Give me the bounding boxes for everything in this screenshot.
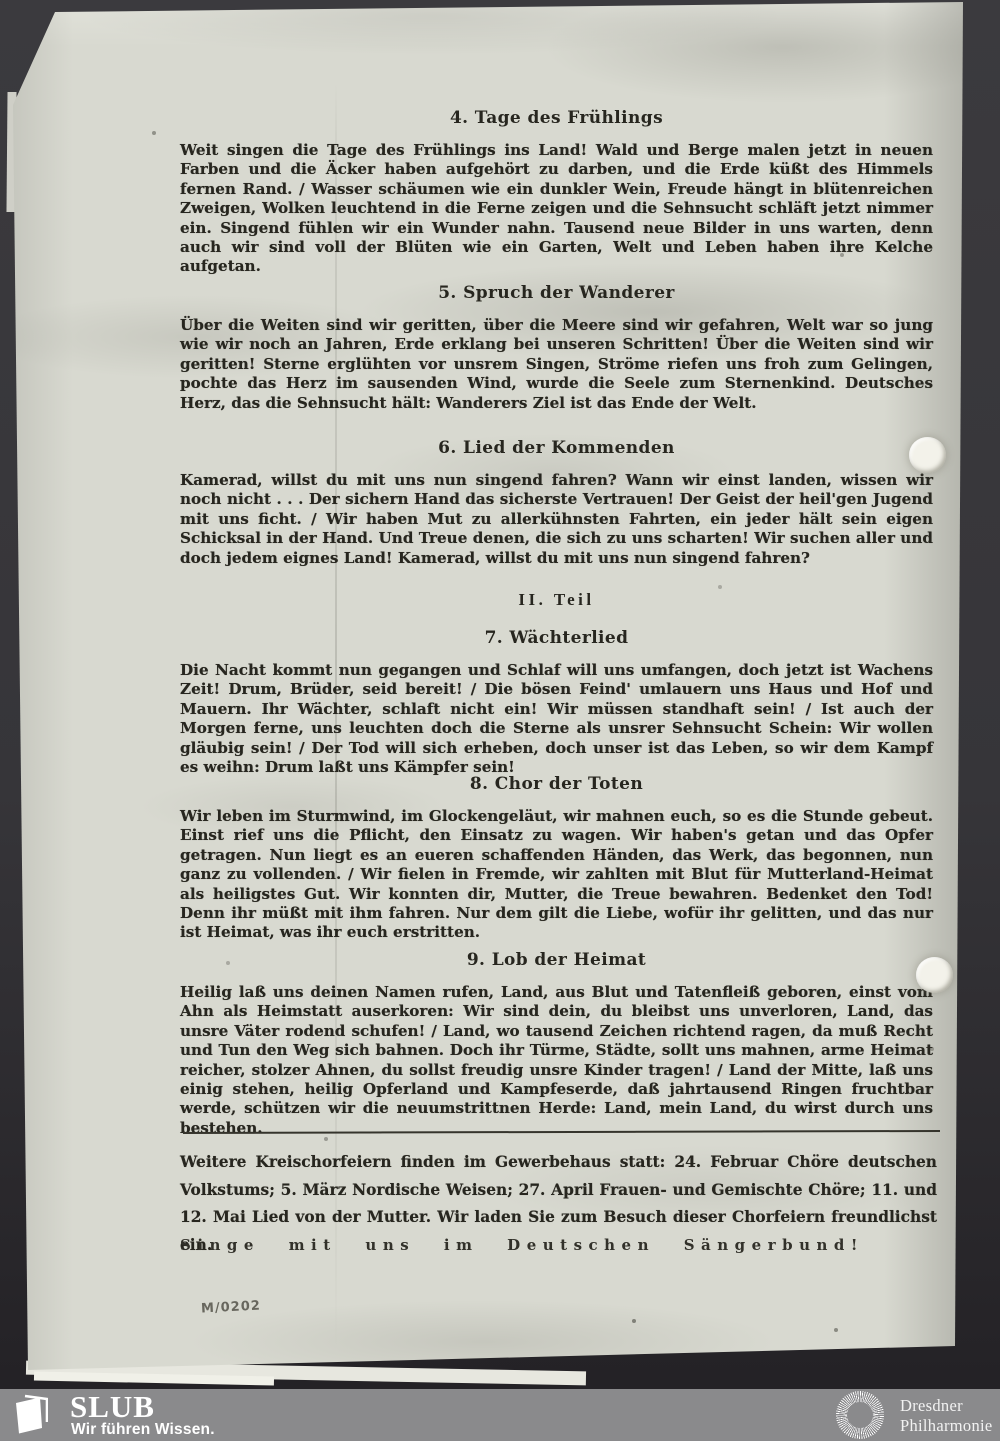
partner-name-line1: Dresdner xyxy=(900,1396,963,1415)
page-scan[interactable]: 4. Tage des Frühlings Weit singen die Ta… xyxy=(13,2,964,1374)
part-heading: II. Teil xyxy=(180,590,933,610)
song-section-4: 4. Tage des Frühlings Weit singen die Ta… xyxy=(180,108,933,277)
song-section-5: 5. Spruch der Wanderer Über die Weiten s… xyxy=(180,283,933,413)
viewer-footer: SLUB Wir führen Wissen. Dresdner Philhar… xyxy=(0,1389,1000,1441)
slub-logo-link[interactable]: SLUB Wir führen Wissen. xyxy=(14,1392,274,1440)
slub-wordmark: SLUB xyxy=(70,1391,155,1422)
section-heading: 7. Wächterlied xyxy=(180,628,933,648)
section-heading: 8. Chor der Toten xyxy=(180,774,933,794)
partner-wordmark: Dresdner Philharmonie xyxy=(900,1396,993,1435)
song-section-8: 8. Chor der Toten Wir leben im Sturmwind… xyxy=(180,774,933,943)
song-section-9: 9. Lob der Heimat Heilig laß uns deinen … xyxy=(180,950,933,1138)
slogan-text: Singe mit uns im Deutschen Sängerbund! xyxy=(180,1236,937,1254)
section-body: Heilig laß uns deinen Namen rufen, Land,… xyxy=(180,983,933,1138)
section-heading: 6. Lied der Kommenden xyxy=(180,438,933,458)
section-body: Über die Weiten sind wir geritten, über … xyxy=(180,316,933,413)
partner-name-line2: Philharmonie xyxy=(900,1416,993,1435)
section-body: Kamerad, willst du mit uns nun singend f… xyxy=(180,471,933,568)
song-section-7: 7. Wächterlied Die Nacht kommt nun gegan… xyxy=(180,628,933,777)
slub-tagline: Wir führen Wissen. xyxy=(71,1421,215,1439)
section-heading: 9. Lob der Heimat xyxy=(180,950,933,970)
archive-stamp: M/0202 xyxy=(201,1298,262,1316)
paper-speckles xyxy=(13,2,15,4)
section-body: Die Nacht kommt nun gegangen und Schlaf … xyxy=(180,661,933,777)
hole-punch xyxy=(916,957,953,993)
hole-punch xyxy=(909,437,946,473)
partner-logo-link[interactable]: Dresdner Philharmonie xyxy=(830,1389,1000,1441)
section-body: Wir leben im Sturmwind, im Glockengeläut… xyxy=(180,807,933,943)
section-body: Weit singen die Tage des Frühlings ins L… xyxy=(180,141,933,277)
section-heading: 4. Tage des Frühlings xyxy=(180,108,933,128)
viewer-background: { "page": { "background_color": "#38373b… xyxy=(0,0,1000,1441)
section-heading: 5. Spruch der Wanderer xyxy=(180,283,933,303)
song-section-6: 6. Lied der Kommenden Kamerad, willst du… xyxy=(180,438,933,568)
book-logo-icon xyxy=(14,1394,48,1434)
starburst-logo-icon xyxy=(836,1391,884,1439)
